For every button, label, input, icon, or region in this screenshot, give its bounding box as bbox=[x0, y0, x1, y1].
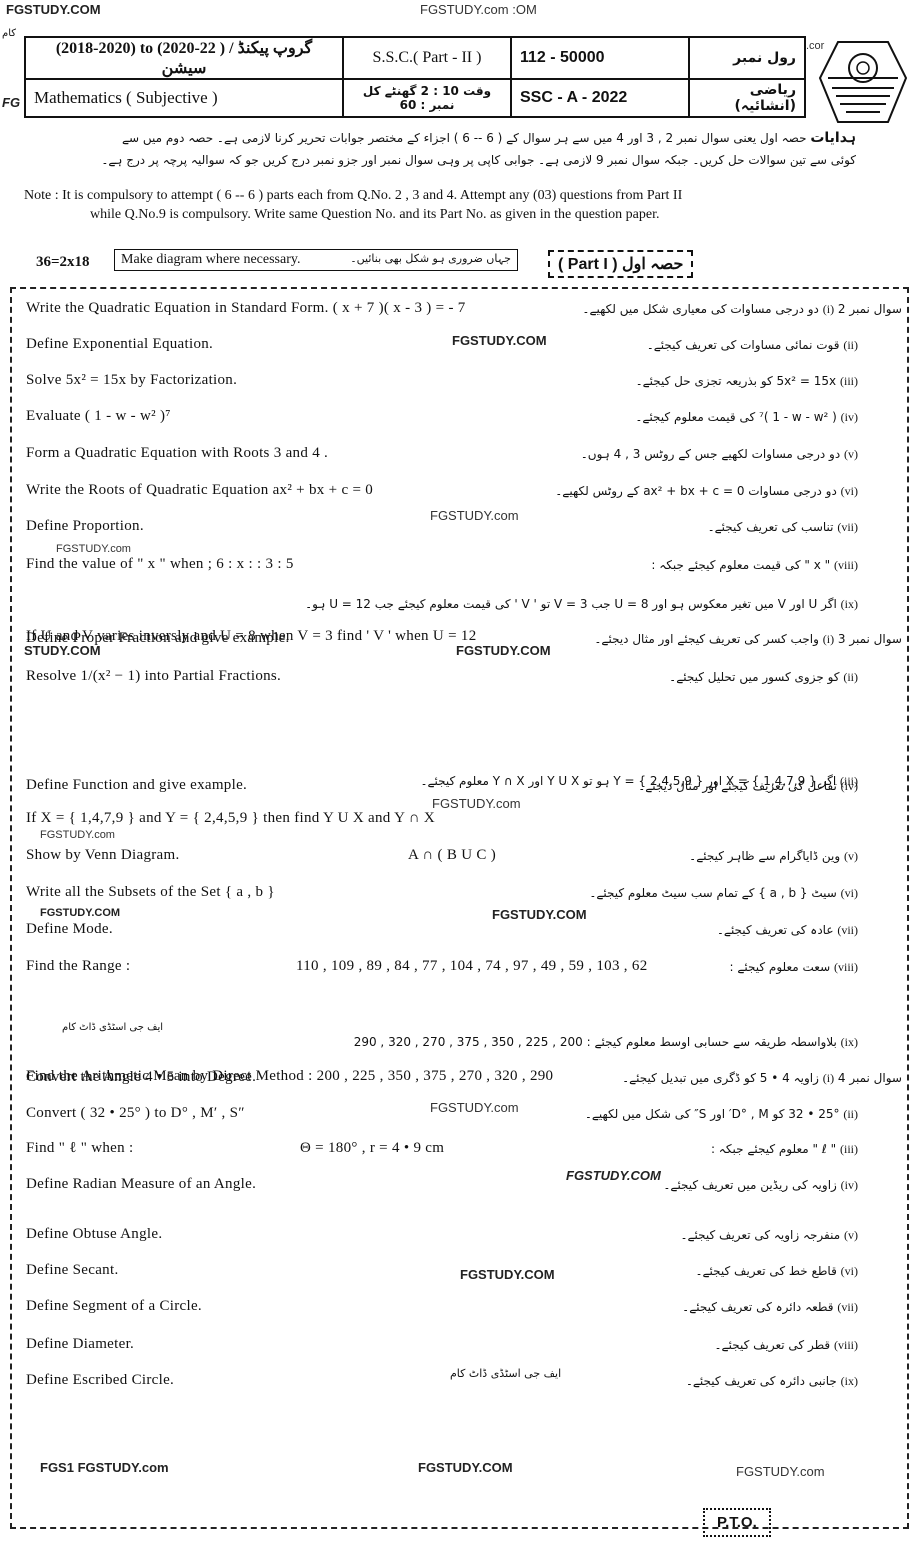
question-urdu-text: قطر کی تعریف کیجئے۔ bbox=[715, 1338, 831, 1352]
question-text: If X = { 1,4,7,9 } and Y = { 2,4,5,9 } t… bbox=[26, 810, 435, 827]
part-number: (i) bbox=[823, 302, 834, 316]
part-number: (viii) bbox=[834, 558, 858, 572]
question-urdu: (vi) قاطع خط کی تعریف کیجئے۔ bbox=[695, 1264, 858, 1279]
part-number: (v) bbox=[844, 447, 858, 461]
question-text: Form a Quadratic Equation with Roots 3 a… bbox=[26, 445, 328, 462]
watermark: FGSTUDY.COM bbox=[566, 1168, 661, 1183]
question-urdu: (ix) اگر U اور V میں تغیر معکوس ہو اور U… bbox=[305, 597, 858, 612]
question-urdu: (v) منفرجہ زاویہ کی تعریف کیجئے۔ bbox=[680, 1228, 858, 1243]
question-urdu-text: واجب کسر کی تعریف کیجئے اور مثال دیجئے۔ bbox=[594, 632, 819, 646]
question-urdu: (iv) زاویہ کی ریڈین میں تعریف کیجئے۔ bbox=[663, 1178, 858, 1193]
question-urdu-text: سیٹ { a , b } کے تمام سب سیٹ معلوم کیجئے… bbox=[589, 886, 836, 900]
time-marks-cell: وقت 10 : 2 گھنٹے کل نمبر : 60 bbox=[343, 79, 511, 117]
part-number: (v) bbox=[844, 1228, 858, 1242]
subject-en-cell: Mathematics ( Subjective ) bbox=[25, 79, 343, 117]
part-number: (iv) bbox=[841, 1178, 858, 1192]
part-number: (ix) bbox=[841, 1035, 858, 1049]
question-text: Write the Quadratic Equation in Standard… bbox=[26, 300, 466, 317]
question-expression: Θ = 180° , r = 4 • 9 cm bbox=[300, 1140, 444, 1157]
part-number: (i) bbox=[823, 632, 834, 646]
part1-title: ( Part I ) حصہ اول bbox=[548, 250, 693, 278]
question-urdu: (ii) 32 • 25° کو D° , M′ اور S″ کی شکل م… bbox=[585, 1107, 858, 1122]
part-number: (ii) bbox=[843, 670, 858, 684]
class-cell: S.S.C.( Part - II ) bbox=[343, 37, 511, 79]
question-text: Find the Range : bbox=[26, 958, 130, 975]
question-text: Define Function and give example. bbox=[26, 777, 247, 794]
note-line-1: Note : It is compulsory to attempt ( 6 -… bbox=[24, 186, 682, 205]
question-urdu-text: قطعہ دائرہ کی تعریف کیجئے۔ bbox=[682, 1300, 833, 1314]
diagram-note-ur: جہاں ضروری ہو شکل بھی بنائیں۔ bbox=[350, 252, 511, 265]
question-urdu-text: دو درجی مساوات ax² + bx + c = 0 کے روٹس … bbox=[555, 484, 837, 498]
instructions-text-1: حصہ اول یعنی سوال نمبر 2 , 3 اور 4 میں س… bbox=[122, 131, 807, 145]
question-text: Define Mode. bbox=[26, 921, 113, 938]
watermark: FGSTUDY.COM bbox=[460, 1267, 555, 1282]
watermark: FGSTUDY.COM bbox=[456, 643, 551, 658]
watermark: FGSTUDY.com bbox=[430, 1100, 519, 1115]
roll-number-cell: 112 - 50000 bbox=[511, 37, 689, 79]
question-text: Evaluate ( 1 - w - w² )⁷ bbox=[26, 408, 171, 425]
part-number: (iii) bbox=[840, 374, 858, 388]
question-urdu: (vii) تناسب کی تعریف کیجئے۔ bbox=[708, 520, 858, 535]
part-number: (vii) bbox=[837, 520, 858, 534]
part-number: (iii) bbox=[840, 1142, 858, 1156]
question-text: Write all the Subsets of the Set { a , b… bbox=[26, 884, 275, 901]
question-number: سوال نمبر 3 bbox=[838, 632, 902, 646]
question-urdu: سوال نمبر 4 (i) زاویہ 4 • 5 کو ڈگری میں … bbox=[622, 1071, 902, 1086]
question-urdu: (ix) بلاواسطہ طریقہ سے حسابی اوسط معلوم … bbox=[354, 1035, 858, 1050]
question-text: Write the Roots of Quadratic Equation ax… bbox=[26, 482, 373, 499]
part-number: (ii) bbox=[843, 1107, 858, 1121]
question-urdu-text: زاویہ کی ریڈین میں تعریف کیجئے۔ bbox=[663, 1178, 836, 1192]
part-number: (vii) bbox=[837, 1300, 858, 1314]
question-expression: 110 , 109 , 89 , 84 , 77 , 104 , 74 , 97… bbox=[296, 958, 648, 975]
pto-label: P.T.O. bbox=[703, 1508, 771, 1537]
question-text: Find " ℓ " when : bbox=[26, 1140, 133, 1157]
question-urdu: (ix) جانبی دائرہ کی تعریف کیجئے۔ bbox=[686, 1374, 858, 1389]
question-urdu-text: دو درجی مساوات لکھیے جس کے روٹس 3 , 4 ہو… bbox=[581, 447, 840, 461]
part-number: (i) bbox=[823, 1071, 834, 1085]
question-urdu-text: سعت معلوم کیجئے : bbox=[729, 960, 830, 974]
watermark-top-center: FGSTUDY.com :OM bbox=[420, 2, 537, 17]
question-urdu: سوال نمبر 3 (i) واجب کسر کی تعریف کیجئے … bbox=[594, 632, 902, 647]
question-text: Define Segment of a Circle. bbox=[26, 1298, 202, 1315]
roll-label-cell: رول نمبر bbox=[689, 37, 805, 79]
question-urdu-text: منفرجہ زاویہ کی تعریف کیجئے۔ bbox=[680, 1228, 840, 1242]
part1-marks: 36=2x18 bbox=[36, 254, 90, 271]
watermark-footer-right: FGSTUDY.com bbox=[736, 1464, 825, 1479]
watermark-urdu: ایف جی اسٹڈی ڈاٹ کام bbox=[450, 1367, 561, 1380]
watermark: FGSTUDY.COM bbox=[452, 333, 547, 348]
question-urdu: (iv) تفاعل کی تعریف کیجئے اور مثال دیجئے… bbox=[638, 779, 858, 794]
question-number: سوال نمبر 2 bbox=[838, 302, 902, 316]
part-number: (vi) bbox=[841, 484, 858, 498]
question-urdu: (vii) قطعہ دائرہ کی تعریف کیجئے۔ bbox=[682, 1300, 858, 1315]
question-text: Resolve 1/(x² − 1) into Partial Fraction… bbox=[26, 668, 281, 685]
diagram-note-box: Make diagram where necessary. جہاں ضروری… bbox=[114, 249, 518, 271]
question-urdu: سوال نمبر 2 (i) دو درجی مساوات کی معیاری… bbox=[582, 302, 902, 317]
part-number: (v) bbox=[844, 849, 858, 863]
watermark-footer-center: FGSTUDY.COM bbox=[418, 1460, 513, 1475]
instructions-label: ہدایات bbox=[810, 130, 856, 146]
question-urdu: (viii) سعت معلوم کیجئے : bbox=[729, 960, 858, 975]
question-urdu-text: کو جزوی کسور میں تحلیل کیجئے۔ bbox=[669, 670, 839, 684]
question-urdu-text: ( 1 - w - w² )⁷ کی قیمت معلوم کیجئے۔ bbox=[635, 410, 836, 424]
watermark-urdu: ایف جی اسٹڈی ڈاٹ کام bbox=[62, 1022, 163, 1033]
watermark: FGSTUDY.COM bbox=[492, 907, 587, 922]
paper-header-table: (2018-2020) to (2020-22 ) گروپ پیکنڈ / س… bbox=[24, 36, 806, 118]
question-text: Convert ( 32 • 25° ) to D° , M′ , S″ bbox=[26, 1105, 245, 1122]
question-urdu-text: تفاعل کی تعریف کیجئے اور مثال دیجئے۔ bbox=[638, 779, 837, 793]
question-urdu-text: بلاواسطہ طریقہ سے حسابی اوسط معلوم کیجئے… bbox=[354, 1035, 837, 1049]
question-text: Define Obtuse Angle. bbox=[26, 1226, 162, 1243]
question-urdu: (iii) " ℓ " معلوم کیجئے جبکہ : bbox=[711, 1142, 858, 1157]
question-text: Define Proportion. bbox=[26, 518, 144, 535]
watermark: STUDY.COM bbox=[24, 643, 101, 658]
question-urdu: (ii) کو جزوی کسور میں تحلیل کیجئے۔ bbox=[669, 670, 858, 685]
watermark-footer-left: FGS1 FGSTUDY.com bbox=[40, 1460, 169, 1475]
question-urdu-text: قاطع خط کی تعریف کیجئے۔ bbox=[695, 1264, 836, 1278]
instructions-line-2: کوئی سے تین سوالات حل کریں۔ جبکہ سوال نم… bbox=[101, 153, 856, 167]
part-number: (vii) bbox=[837, 923, 858, 937]
question-text: Convert the Angle 4 • 5 into Degree. bbox=[26, 1069, 256, 1086]
question-number: سوال نمبر 4 bbox=[838, 1071, 902, 1085]
question-text: Define Secant. bbox=[26, 1262, 119, 1279]
part-number: (ii) bbox=[843, 338, 858, 352]
question-urdu-text: " ℓ " معلوم کیجئے جبکہ : bbox=[711, 1142, 836, 1156]
part-number: (vi) bbox=[841, 886, 858, 900]
question-urdu-text: عادہ کی تعریف کیجئے۔ bbox=[717, 923, 834, 937]
part-number: (viii) bbox=[834, 960, 858, 974]
part-number: (iv) bbox=[841, 779, 858, 793]
question-urdu-text: دو درجی مساوات کی معیاری شکل میں لکھیے۔ bbox=[582, 302, 818, 316]
watermark: FGSTUDY.com bbox=[56, 543, 131, 555]
note-line-2: while Q.No.9 is compulsory. Write same Q… bbox=[90, 205, 659, 224]
board-emblem-icon bbox=[818, 38, 908, 126]
question-urdu-text: اگر U اور V میں تغیر معکوس ہو اور U = 8 … bbox=[305, 597, 837, 611]
question-urdu: (viii) " x " کی قیمت معلوم کیجئے جبکہ : bbox=[651, 558, 858, 573]
paper-code-cell: SSC - A - 2022 bbox=[511, 79, 689, 117]
question-urdu-text: " x " کی قیمت معلوم کیجئے جبکہ : bbox=[651, 558, 830, 572]
question-urdu: (vii) عادہ کی تعریف کیجئے۔ bbox=[717, 923, 858, 938]
question-urdu-text: وین ڈایاگرام سے ظاہر کیجئے۔ bbox=[689, 849, 840, 863]
session-cell: (2018-2020) to (2020-22 ) گروپ پیکنڈ / س… bbox=[25, 37, 343, 79]
question-urdu-text: قوت نمائی مساوات کی تعریف کیجئے۔ bbox=[647, 338, 840, 352]
question-urdu: (vi) دو درجی مساوات ax² + bx + c = 0 کے … bbox=[555, 484, 858, 499]
question-urdu-text: جانبی دائرہ کی تعریف کیجئے۔ bbox=[686, 1374, 837, 1388]
question-urdu-text: 32 • 25° کو D° , M′ اور S″ کی شکل میں لک… bbox=[585, 1107, 840, 1121]
part-number: (ix) bbox=[841, 597, 858, 611]
question-urdu: (v) وین ڈایاگرام سے ظاہر کیجئے۔ bbox=[689, 849, 858, 864]
watermark-left-margin: FG bbox=[2, 95, 20, 110]
subject-ur-cell: ریاضی (انشائیہ) bbox=[689, 79, 805, 117]
question-urdu-text: زاویہ 4 • 5 کو ڈگری میں تبدیل کیجئے۔ bbox=[622, 1071, 819, 1085]
part-number: (viii) bbox=[834, 1338, 858, 1352]
question-urdu: (ii) قوت نمائی مساوات کی تعریف کیجئے۔ bbox=[647, 338, 858, 353]
question-text: Show by Venn Diagram. bbox=[26, 847, 180, 864]
question-text: Find the value of " x " when ; 6 : x : :… bbox=[26, 556, 294, 573]
question-urdu: (v) دو درجی مساوات لکھیے جس کے روٹس 3 , … bbox=[581, 447, 858, 462]
question-text: Define Diameter. bbox=[26, 1336, 134, 1353]
question-expression: A ∩ ( B U C ) bbox=[408, 847, 496, 864]
question-text: Define Escribed Circle. bbox=[26, 1372, 174, 1389]
watermark: FGSTUDY.com bbox=[432, 796, 521, 811]
watermark-side-urdu: کام bbox=[2, 28, 16, 39]
part-number: (ix) bbox=[841, 1374, 858, 1388]
watermark: FGSTUDY.COM bbox=[40, 907, 120, 919]
diagram-note-en: Make diagram where necessary. bbox=[121, 252, 300, 267]
question-urdu: (iv) ( 1 - w - w² )⁷ کی قیمت معلوم کیجئے… bbox=[635, 410, 858, 425]
question-text: Define Radian Measure of an Angle. bbox=[26, 1176, 256, 1193]
instructions-line-1: ہدایات حصہ اول یعنی سوال نمبر 2 , 3 اور … bbox=[122, 130, 856, 146]
watermark-top-left: FGSTUDY.COM bbox=[6, 2, 101, 17]
watermark: FGSTUDY.com bbox=[430, 508, 519, 523]
part-number: (iv) bbox=[841, 410, 858, 424]
question-text: Define Exponential Equation. bbox=[26, 336, 213, 353]
question-urdu: (viii) قطر کی تعریف کیجئے۔ bbox=[715, 1338, 858, 1353]
question-urdu-text: تناسب کی تعریف کیجئے۔ bbox=[708, 520, 834, 534]
part-number: (vi) bbox=[841, 1264, 858, 1278]
question-urdu: (vi) سیٹ { a , b } کے تمام سب سیٹ معلوم … bbox=[589, 886, 858, 901]
question-text: Solve 5x² = 15x by Factorization. bbox=[26, 372, 237, 389]
question-urdu: (iii) 5x² = 15x کو بذریعہ تجزی حل کیجئے۔ bbox=[636, 374, 858, 389]
watermark: FGSTUDY.com bbox=[40, 829, 115, 841]
question-urdu-text: 5x² = 15x کو بذریعہ تجزی حل کیجئے۔ bbox=[636, 374, 837, 388]
